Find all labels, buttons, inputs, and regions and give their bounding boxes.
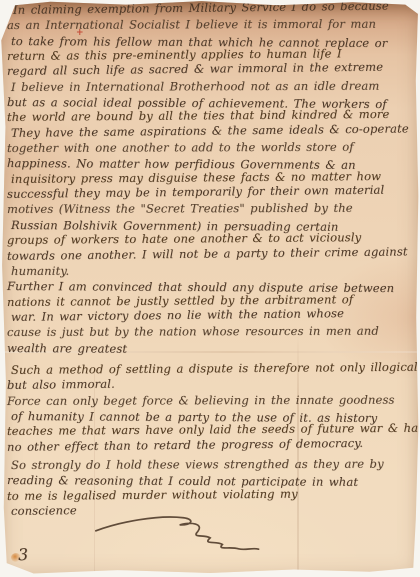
handwritten-line: Force can only beget force & believing i… (0, 392, 420, 409)
signature-scribble (91, 503, 263, 565)
handwritten-line: but also immoral. (0, 373, 420, 393)
handwritten-line: together with one another to add to the … (0, 140, 420, 157)
handwritten-text-block: In claiming exemption from Military Serv… (0, 3, 420, 519)
handwritten-line: regard all such life as sacred & war imm… (0, 60, 420, 80)
red-ink-mark: + (76, 30, 83, 37)
page-number: 3 (17, 545, 28, 565)
handwritten-line: cause is just but by the nation whose re… (0, 324, 420, 341)
aged-letter-paper: In claiming exemption from Military Serv… (0, 0, 420, 577)
handwritten-line: I believe in International Brotherhood n… (0, 78, 420, 95)
handwritten-line: In claiming exemption from Military Serv… (0, 0, 420, 18)
handwritten-line: humanity. (0, 262, 420, 279)
handwritten-line: motives (Witness the "Secret Treaties" p… (0, 201, 420, 218)
handwritten-line: wealth are greatest (0, 341, 420, 359)
handwritten-line: successful they may be in temporarily fo… (0, 182, 420, 202)
handwritten-line: as an International Socialist I believe … (0, 17, 420, 34)
handwritten-line: So strongly do I hold these views streng… (0, 457, 420, 474)
